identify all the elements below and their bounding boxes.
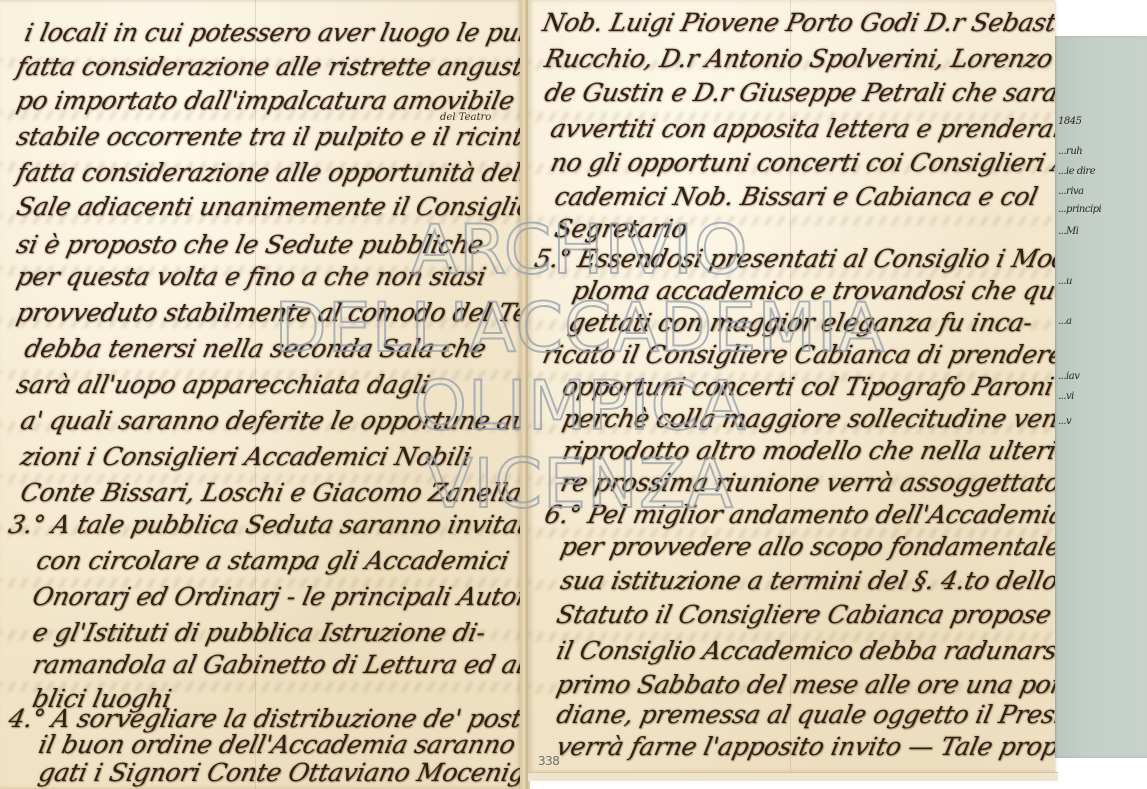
- manuscript-line: primo Sabbato del mese alle ore una pome…: [554, 670, 1055, 699]
- backing-sheet-fragment: ...Mi: [1058, 226, 1078, 237]
- manuscript-line: per questa volta e fino a che non siasi: [14, 262, 488, 291]
- backing-sheet-fragment: ...ie dire: [1058, 166, 1095, 177]
- right-page: Nob. Luigi Piovene Porto Godi D.r Sebast…: [528, 0, 1055, 772]
- manuscript-line: e gl'Istituti di pubblica Istruzione di-: [30, 618, 488, 647]
- manuscript-line: Segretario: [552, 214, 690, 243]
- backing-sheet-fragment: ...riva: [1058, 186, 1084, 197]
- backing-sheet-fragment: ...u: [1058, 276, 1072, 287]
- manuscript-line: Rucchio, D.r Antonio Spolverini, Lorenzo: [542, 44, 1055, 73]
- manuscript-line: gettati con maggior eleganza fu inca-: [566, 308, 1035, 337]
- manuscript-line: provveduto stabilmente al comodo del Tea…: [14, 298, 522, 327]
- manuscript-line: no gli opportuni concerti coi Consiglier…: [548, 148, 1055, 177]
- manuscript-line: verrà farne l'apposito invito — Tale pro…: [554, 732, 1055, 761]
- manuscript-line: si è proposto che le Sedute pubbliche: [14, 230, 486, 259]
- manuscript-line: diane, premessa al quale oggetto il Pres…: [554, 700, 1055, 729]
- backing-sheet-fragment: ...ruh: [1058, 146, 1082, 157]
- manuscript-line: con circolare a stampa gli Accademici: [34, 546, 511, 575]
- manuscript-line: il Consiglio Accademico debba radunarsi …: [554, 636, 1055, 665]
- manuscript-line: 5.° Essendosi presentati al Consiglio i …: [532, 244, 1055, 273]
- manuscript-line: per provvedere allo scopo fondamentale d…: [558, 532, 1055, 561]
- manuscript-line: 6.° Pel miglior andamento dell'Accademia…: [542, 500, 1055, 529]
- manuscript-line: zioni i Consiglieri Accademici Nobili: [18, 442, 473, 471]
- manuscript-line: gati i Signori Conte Ottaviano Mocenigo: [36, 758, 522, 787]
- manuscript-line: riprodotto altro modello che nella ulter…: [560, 436, 1055, 465]
- manuscript-line: avvertiti con apposita lettera e prender…: [548, 114, 1055, 143]
- manuscript-line: fatta considerazione alle opportunità de…: [14, 158, 522, 187]
- left-page: i locali in cui potessero aver luogo le …: [0, 0, 522, 789]
- manuscript-line: fatta considerazione alle ristrette angu…: [14, 52, 522, 81]
- manuscript-line: re prossima riunione verrà assoggettato …: [558, 468, 1055, 497]
- manuscript-line: 3.° A tale pubblica Seduta saranno invit…: [6, 510, 522, 539]
- manuscript-line: stabile occorrente tra il pulpito e il r…: [14, 122, 522, 151]
- manuscript-line: a' quali saranno deferite le opportune a…: [18, 406, 522, 435]
- manuscript-line: Nob. Luigi Piovene Porto Godi D.r Sebast…: [540, 8, 1055, 37]
- manuscript-line: de Gustin e D.r Giuseppe Petrali che sar…: [542, 78, 1055, 107]
- manuscript-line: ramandola al Gabinetto di Lettura ed alt…: [30, 650, 522, 679]
- backing-sheet: 1845 ...ruh ...ie dire ...riva ...princi…: [1052, 36, 1147, 758]
- manuscript-line: sua istituzione a termini del §. 4.to de…: [558, 566, 1055, 595]
- backing-sheet-fragment: 1845: [1058, 116, 1081, 127]
- manuscript-line: il buon ordine dell'Accademia saranno pr…: [36, 730, 522, 759]
- backing-sheet-fragment: ...a: [1058, 316, 1072, 327]
- manuscript-line: debba tenersi nella seconda Sala che: [22, 334, 489, 363]
- catalog-number: 338: [538, 754, 559, 768]
- manuscript-line: cademici Nob. Bissari e Cabianca e col: [552, 182, 1040, 211]
- manuscript-line: ricato il Consigliere Cabianca di prende…: [540, 340, 1055, 369]
- manuscript-line: 4.° A sorvegliare la distribuzione de' p…: [6, 704, 522, 733]
- manuscript-line: Sale adiacenti unanimemente il Consiglio: [14, 192, 522, 221]
- manuscript-line: sarà all'uopo apparecchiata dagli: [14, 370, 432, 399]
- manuscript-line: Conte Bissari, Loschi e Giacomo Zanella: [18, 478, 522, 507]
- manuscript-line: po importato dall'impalcatura amovibile …: [14, 86, 522, 115]
- backing-sheet-fragment: ...iav: [1058, 371, 1079, 382]
- backing-sheet-fragment: ...v: [1058, 416, 1071, 427]
- backing-sheet-fragment: ...vi: [1058, 391, 1074, 402]
- manuscript-line: perchè colla maggiore sollecitudine veng…: [560, 404, 1055, 433]
- manuscript-scan: 1845 ...ruh ...ie dire ...riva ...princi…: [0, 0, 1147, 789]
- backing-sheet-fragment: ...principi: [1058, 204, 1101, 215]
- manuscript-line: opportuni concerti col Tipografo Paroni: [560, 372, 1055, 401]
- manuscript-line: i locali in cui potessero aver luogo le …: [22, 18, 522, 47]
- lower-sheet-edge: [528, 772, 1058, 781]
- manuscript-line: Onorarj ed Ordinarj - le principali Auto…: [30, 582, 522, 611]
- manuscript-line: Statuto il Consigliere Cabianca propose …: [554, 600, 1055, 629]
- manuscript-line: ploma accademico e trovandosi che quelli: [570, 276, 1055, 305]
